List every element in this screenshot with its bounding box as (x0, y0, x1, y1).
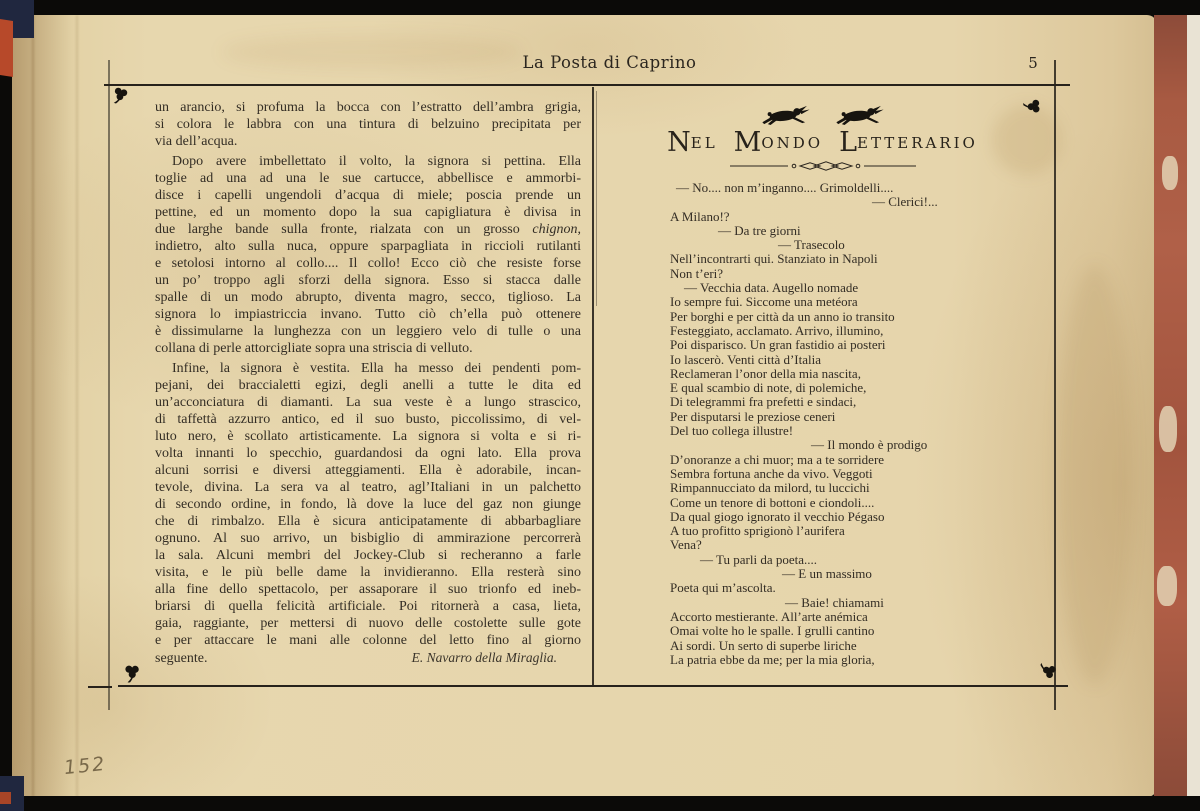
title-word: MONDO (734, 129, 823, 157)
verse-line: Io sempre fui. Siccome una metéora (670, 295, 1042, 309)
text-line: seguente.E. Navarro della Miraglia. (155, 649, 581, 667)
text-line: due larghe bande sulla fronte, rialzata … (155, 221, 581, 238)
verse-line: Rimpannucciato da milord, tu luccichi (670, 481, 1042, 495)
paragraph: un arancio, si profuma la bocca con l’es… (155, 99, 581, 150)
bottom-rule (118, 685, 1068, 687)
title-rest: EL (691, 134, 718, 152)
text-fragment: due larghe bande sulla fronte, rialzata … (155, 222, 532, 237)
verse-line: Del tuo collega illustre! (670, 424, 1042, 438)
text-line: tevole, divina. La sera va al teatro, ag… (155, 479, 581, 496)
verse-line: Reclameran l’onor della mia nascita, (670, 367, 1042, 381)
verse-line: Per disputarsi le preziose ceneri (670, 410, 1042, 424)
text-line: Infine, la signora è vestita. Ella ha me… (155, 360, 581, 377)
leaping-hare-icon (758, 105, 814, 125)
text-line: un arancio, si profuma la bocca con l’es… (155, 99, 581, 116)
cover-red-sliver-bottom (0, 792, 11, 804)
page-crease (32, 15, 34, 797)
text-line: collana di perle attorcigliate sopra una… (155, 340, 581, 357)
paper-stain (1057, 265, 1132, 685)
cover-red-sliver (0, 19, 13, 77)
text-line: si colora le labbra con una tintura di b… (155, 116, 581, 133)
page-number: 5 (1018, 54, 1048, 72)
photo-bottom-band (0, 796, 1200, 811)
text-line: indietro, alto sulla nuca, oppure sparpa… (155, 238, 581, 255)
leaping-hare-icon (832, 105, 888, 125)
text-line: briarsi di quella felicità artificiale. … (155, 598, 581, 615)
text-line: pejani, dei braccialetti egizi, degli an… (155, 377, 581, 394)
verse-line: — No.... non m’inganno.... Grimoldelli..… (670, 181, 1042, 195)
text-line: pettine, ed un momento dopo la sua capig… (155, 204, 581, 221)
text-line: e setolosi intorno al collo.... Il collo… (155, 255, 581, 272)
verse-line: Accorto mestierante. All’arte anémica (670, 610, 1042, 624)
text-line: gaia, raggiante, per mettersi di nuovo d… (155, 615, 581, 632)
text-line: un po’ troppo agli sforzi della signora.… (155, 272, 581, 289)
page: La Posta di Caprino 5 un arancio, si pro… (12, 15, 1157, 797)
verse-line: — Da tre giorni (670, 224, 1042, 238)
verse-line: — Clerici!... (670, 195, 1042, 209)
page-edge-blotch (1162, 156, 1178, 190)
text-line: signora lo impiastriccia invano. Tutto c… (155, 306, 581, 323)
verse-line: Come un tenore di bottoni e ciondoli.... (670, 496, 1042, 510)
text-fragment: seguente. (155, 650, 207, 667)
author-signature: E. Navarro della Miraglia. (412, 649, 557, 666)
text-line: è dissimularne la lunghezza con un leggi… (155, 323, 581, 340)
text-line: via dell’acqua. (155, 133, 581, 150)
title-initial: M (734, 127, 762, 158)
verse-block: — No.... non m’inganno.... Grimoldelli..… (658, 181, 1042, 667)
verse-line: — Baie! chiamami (670, 596, 1042, 610)
running-head-title: La Posta di Caprino (112, 53, 1107, 72)
paragraph: Infine, la signora è vestita. Ella ha me… (155, 360, 581, 667)
scanned-book-photo: La Posta di Caprino 5 un arancio, si pro… (0, 0, 1200, 811)
right-column: NELMONDOLETTERARIO — No.... non m’ingann… (658, 105, 1042, 667)
verse-line: Sembra fortuna anche da vivo. Veggoti (670, 467, 1042, 481)
verse-line: D’onoranze a chi muor; ma a te sorridere (670, 453, 1042, 467)
title-word: LETTERARIO (839, 129, 978, 157)
text-line: alcuni sorrisi e diversi atteggiamenti. … (155, 462, 581, 479)
title-word: NEL (667, 129, 718, 157)
text-line: e per attaccare le mani alle colonne del… (155, 632, 581, 649)
page-block-red-edges (1154, 6, 1187, 805)
column-divider-ghost (596, 91, 597, 306)
verse-line: Vena? (670, 538, 1042, 552)
verse-line: Non t’eri? (670, 267, 1042, 281)
text-line: la sala. Alcuni membri del Jockey-Club s… (155, 547, 581, 564)
verse-line: E qual scambio di note, di polemiche, (670, 381, 1042, 395)
verse-line: Nell’incontrarti qui. Stanziato in Napol… (670, 252, 1042, 266)
title-rest: ETTERARIO (857, 134, 978, 152)
text-line: visita, e le più belle dame la invidiera… (155, 564, 581, 581)
text-line: volta innanti lo specchio, guardandosi d… (155, 445, 581, 462)
verse-line: — Trasecolo (670, 238, 1042, 252)
title-divider-ornament-icon (658, 159, 1042, 171)
text-line: di secondo ordine, in fondo, là dove la … (155, 496, 581, 513)
gutter-shadow (12, 15, 76, 797)
frame-left-vertical (108, 60, 110, 710)
page-edge-blotch (1159, 406, 1177, 452)
verse-line: — Vecchia data. Augello nomade (670, 281, 1042, 295)
page-block-outer-edge (1187, 3, 1200, 808)
title-initial: L (839, 127, 857, 158)
text-line: ognuno. Al suo arrivo, un bisbiglio di a… (155, 530, 581, 547)
italic-word: chignon (532, 222, 577, 237)
verse-line: Io lascerò. Venti città d’Italia (670, 353, 1042, 367)
trefoil-ornament-icon (112, 86, 129, 109)
text-line: un’acconciatura di diamanti. La sua vest… (155, 394, 581, 411)
text-line: toglie ad una ad una le sue cartucce, ab… (155, 170, 581, 187)
column-divider-rule (592, 87, 594, 685)
verse-line: — E un massimo (670, 567, 1042, 581)
title-rest: ONDO (761, 134, 823, 152)
verse-line: Da qual giogo ignorato il vecchio Pégaso (670, 510, 1042, 524)
handwritten-number: 152 (63, 753, 107, 779)
verse-line: Per borghi e per città da un anno io tra… (670, 310, 1042, 324)
verse-line: Di telegrammi fra prefetti e sindaci, (670, 395, 1042, 409)
text-line: Dopo avere imbellettato il volto, la sig… (155, 153, 581, 170)
left-column: un arancio, si profuma la bocca con l’es… (155, 99, 581, 667)
verse-line: La patria ebbe da me; per la mia gloria, (670, 653, 1042, 667)
section-title: NELMONDOLETTERARIO (658, 129, 1042, 157)
text-line: che di rimbalzo. Ella è sicura anticipat… (155, 513, 581, 530)
verse-line: Omai volte ho le spalle. I grulli cantin… (670, 624, 1042, 638)
photo-top-band (0, 0, 1200, 15)
verse-line: A tuo profitto sprigionò l’aurifera (670, 524, 1042, 538)
verse-line: Poeta qui m’ascolta. (670, 581, 1042, 595)
verse-line: Ai sordi. Un serto di superbe liriche (670, 639, 1042, 653)
text-line: luto nero, è scollato artisticamente. La… (155, 428, 581, 445)
verse-line: Festeggiato, acclamato. Arrivo, illumino… (670, 324, 1042, 338)
top-rule (104, 84, 1070, 86)
title-initial: N (667, 127, 691, 158)
page-crease (76, 15, 78, 797)
text-line: di taffettà azzurro antico, ed il suo bu… (155, 411, 581, 428)
text-line: spalle di un modo abrupto, diventa magro… (155, 289, 581, 306)
page-edge-blotch (1157, 566, 1177, 606)
verse-line: A Milano!? (670, 210, 1042, 224)
verse-line: Poi disparisco. Un gran fastidio ai post… (670, 338, 1042, 352)
section-ornament (658, 105, 1042, 125)
text-line: disce i capelli ungendoli d’acqua di mie… (155, 187, 581, 204)
frame-right-vertical (1054, 60, 1056, 710)
verse-line: — Tu parli da poeta.... (670, 553, 1042, 567)
text-line: alla fine dello spettacolo, per assapora… (155, 581, 581, 598)
text-fragment: , (578, 222, 582, 237)
paragraph: Dopo avere imbellettato il volto, la sig… (155, 153, 581, 357)
verse-line: — Il mondo è prodigo (670, 438, 1042, 452)
